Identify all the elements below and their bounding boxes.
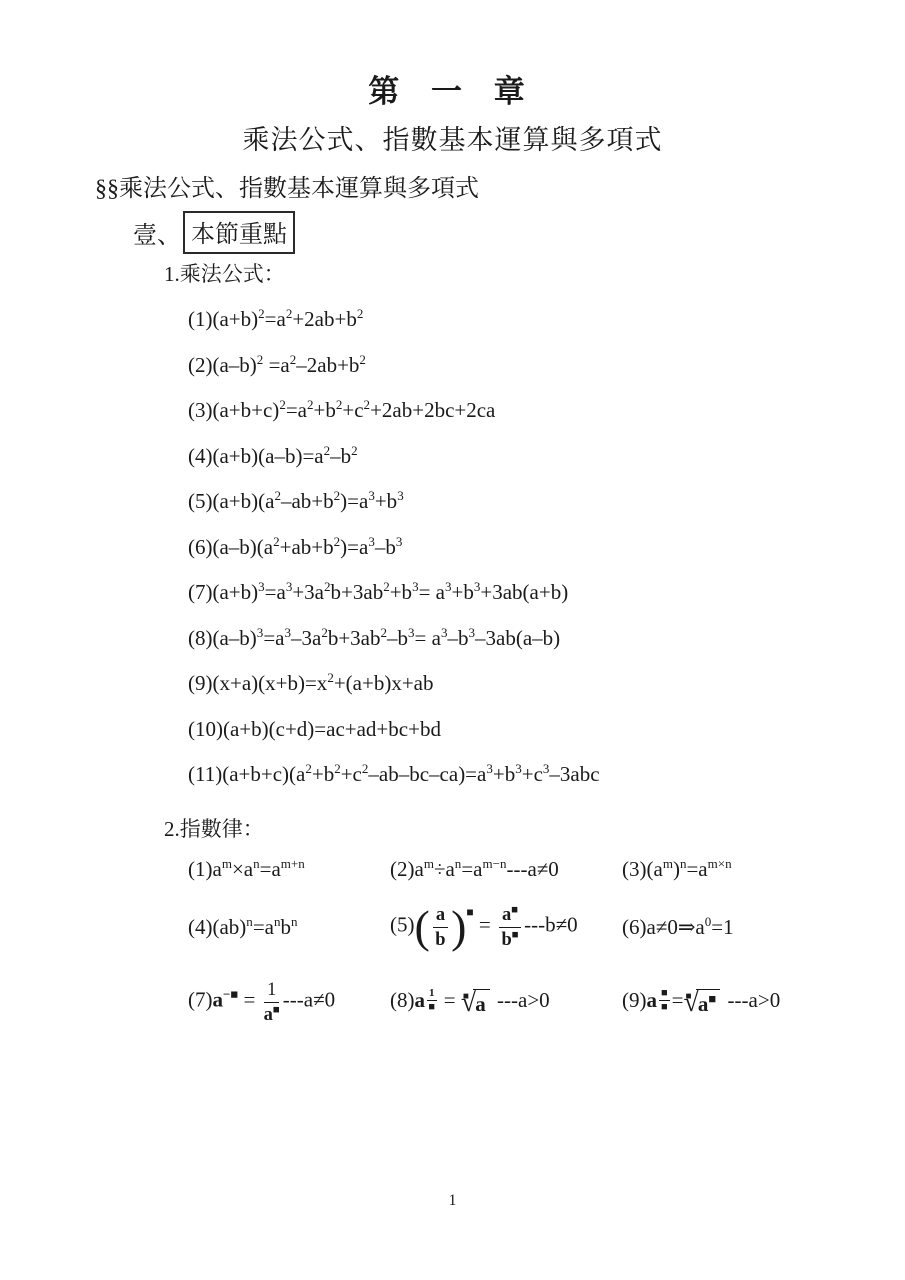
multiplication-formula-2: (2)(a–b)2 =a2–2ab+b2 — [188, 352, 865, 398]
exponent-law-row-1: (1)am×an=am+n(2)am÷an=am−n---a≠0(3)(am)n… — [188, 850, 875, 888]
exponent-law-9: (9)a■■=■√a■ ---a>0 — [622, 987, 875, 1016]
exponent-law-1: (1)am×an=am+n — [188, 857, 390, 882]
exponent-law-row-2: (4)(ab)n=anbn(5)(ab)■ = a■b■---b≠0(6)a≠0… — [188, 894, 875, 960]
exponent-law-4: (4)(ab)n=anbn — [188, 915, 390, 940]
chapter-subtitle: 乘法公式、指數基本運算與多項式 — [0, 118, 905, 157]
exponent-law-3: (3)(am)n=am×n — [622, 857, 875, 882]
exponent-law-8: (8)a1■ = ■√a ---a>0 — [390, 987, 622, 1016]
part-box-label: 本節重點 — [183, 211, 295, 254]
exponent-law-7: (7)a−■ = 1a■---a≠0 — [188, 979, 390, 1025]
exponent-law-6: (6)a≠0⇒a0=1 — [622, 915, 875, 940]
exponent-law-grid: (1)am×an=am+n(2)am÷an=am−n---a≠0(3)(am)n… — [188, 850, 875, 1040]
chapter-title: 第 一 章 — [0, 66, 905, 111]
part-heading: 壹、 本節重點 — [133, 211, 295, 254]
multiplication-heading: 1.乘法公式： — [164, 258, 285, 288]
multiplication-formula-3: (3)(a+b+c)2=a2+b2+c2+2ab+2bc+2ca — [188, 397, 865, 443]
exponent-heading: 2.指數律： — [164, 813, 264, 843]
multiplication-formula-6: (6)(a–b)(a2+ab+b2)=a3–b3 — [188, 534, 865, 580]
exponent-law-5: (5)(ab)■ = a■b■---b≠0 — [390, 904, 622, 950]
document-page: 第 一 章 乘法公式、指數基本運算與多項式 §§乘法公式、指數基本運算與多項式 … — [0, 0, 905, 1280]
multiplication-formula-9: (9)(x+a)(x+b)=x2+(a+b)x+ab — [188, 670, 865, 716]
multiplication-formula-11: (11)(a+b+c)(a2+b2+c2–ab–bc–ca)=a3+b3+c3–… — [188, 761, 865, 807]
multiplication-formula-4: (4)(a+b)(a–b)=a2–b2 — [188, 443, 865, 489]
page-number: 1 — [0, 1192, 905, 1210]
exponent-law-row-3: (7)a−■ = 1a■---a≠0(8)a1■ = ■√a ---a>0(9)… — [188, 964, 875, 1040]
section-heading: §§乘法公式、指數基本運算與多項式 — [95, 168, 479, 203]
multiplication-formula-5: (5)(a+b)(a2–ab+b2)=a3+b3 — [188, 488, 865, 534]
multiplication-formula-list: (1)(a+b)2=a2+2ab+b2(2)(a–b)2 =a2–2ab+b2(… — [188, 306, 865, 807]
multiplication-formula-7: (7)(a+b)3=a3+3a2b+3ab2+b3= a3+b3+3ab(a+b… — [188, 579, 865, 625]
part-label: 壹、 — [133, 215, 181, 250]
exponent-law-2: (2)am÷an=am−n---a≠0 — [390, 857, 622, 882]
multiplication-formula-8: (8)(a–b)3=a3–3a2b+3ab2–b3= a3–b3–3ab(a–b… — [188, 625, 865, 671]
multiplication-formula-10: (10)(a+b)(c+d)=ac+ad+bc+bd — [188, 716, 865, 762]
multiplication-formula-1: (1)(a+b)2=a2+2ab+b2 — [188, 306, 865, 352]
